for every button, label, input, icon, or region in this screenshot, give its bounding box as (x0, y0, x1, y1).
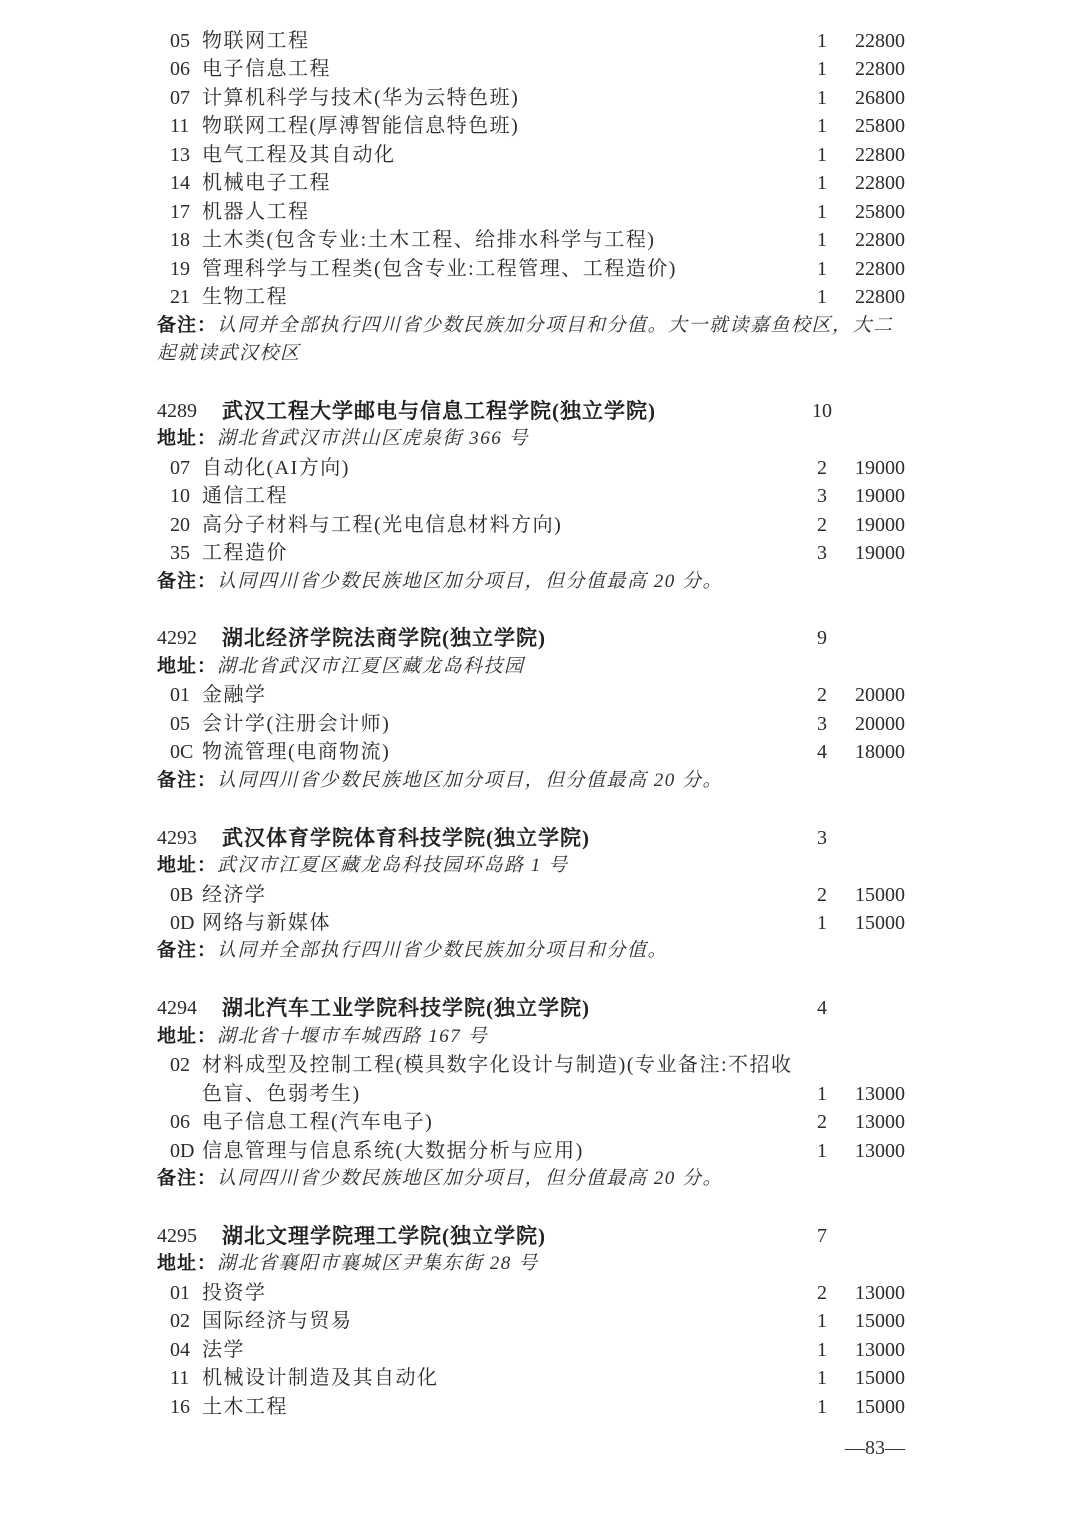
major-code: 01 (170, 681, 202, 709)
school-name: 湖北文理学院理工学院(独立学院) (222, 1222, 801, 1250)
major-name: 网络与新媒体 (202, 912, 331, 934)
major-row: 06电子信息工程(汽车电子) 2 13000 (157, 1108, 905, 1136)
major-code: 06 (170, 1108, 202, 1136)
school-code: 4289 (157, 397, 222, 425)
tuition-fee: 22800 (843, 255, 905, 283)
plan-count: 1 (801, 283, 843, 311)
major-name: 土木类(包含专业:土木工程、给排水科学与工程) (202, 229, 655, 251)
address-row: 地址：湖北省襄阳市襄城区尹集东街 28 号 (157, 1250, 905, 1278)
tuition-fee: 15000 (843, 1393, 905, 1421)
major-code: 10 (170, 482, 202, 510)
plan-count: 1 (801, 27, 843, 55)
remark-label: 备注： (157, 571, 217, 592)
major-name: 材料成型及控制工程(模具数字化设计与制造)(专业备注:不招收色盲、色弱考生) (202, 1054, 793, 1104)
tuition-fee: 15000 (843, 909, 905, 937)
tuition-fee: 19000 (843, 511, 905, 539)
address-row: 地址：湖北省武汉市江夏区藏龙岛科技园 (157, 653, 905, 681)
remark-text: 认同并全部执行四川省少数民族加分项目和分值。 (217, 940, 668, 961)
major-code: 0C (170, 738, 202, 766)
tuition-fee: 19000 (843, 539, 905, 567)
tuition-fee: 22800 (843, 27, 905, 55)
plan-count: 2 (801, 454, 843, 482)
major-name: 机器人工程 (202, 201, 310, 223)
major-code: 04 (170, 1336, 202, 1364)
major-name: 机械电子工程 (202, 172, 331, 194)
major-code: 19 (170, 255, 202, 283)
major-row: 01投资学 2 13000 (157, 1279, 905, 1307)
major-row: 18土木类(包含专业:土木工程、给排水科学与工程) 1 22800 (157, 226, 905, 254)
remark-row: 备注：认同四川省少数民族地区加分项目，但分值最高 20 分。 (157, 767, 905, 795)
page-number: —83— (157, 1434, 905, 1462)
remark-text: 认同四川省少数民族地区加分项目，但分值最高 20 分。 (217, 1168, 723, 1189)
school-code: 4293 (157, 824, 222, 852)
major-row: 07自动化(AI方向) 2 19000 (157, 454, 905, 482)
major-name: 物联网工程(厚溥智能信息特色班) (202, 115, 519, 137)
major-name: 物流管理(电商物流) (202, 741, 390, 763)
remark-text: 认同并全部执行四川省少数民族加分项目和分值。大一就读嘉鱼校区，大二起就读武汉校区 (157, 315, 894, 364)
major-code: 11 (170, 1364, 202, 1392)
major-row: 35工程造价 3 19000 (157, 539, 905, 567)
major-name: 电子信息工程 (202, 58, 331, 80)
major-name: 信息管理与信息系统(大数据分析与应用) (202, 1140, 584, 1162)
school-section: 4293 武汉体育学院体育科技学院(独立学院) 3 地址：武汉市江夏区藏龙岛科技… (157, 824, 905, 966)
address-text: 湖北省武汉市洪山区虎泉街 366 号 (217, 428, 529, 449)
major-row: 21生物工程 1 22800 (157, 283, 905, 311)
remark-text: 认同四川省少数民族地区加分项目，但分值最高 20 分。 (217, 571, 723, 592)
major-code: 02 (170, 1051, 202, 1079)
plan-count: 1 (801, 1364, 843, 1392)
tuition-fee: 25800 (843, 198, 905, 226)
major-code: 06 (170, 55, 202, 83)
plan-count: 1 (801, 1137, 843, 1165)
major-name: 国际经济与贸易 (202, 1310, 353, 1332)
school-plan-total: 7 (801, 1222, 843, 1250)
school-sections: 4289 武汉工程大学邮电与信息工程学院(独立学院) 10 地址：湖北省武汉市洪… (157, 397, 905, 1421)
plan-count: 1 (801, 198, 843, 226)
major-name: 自动化(AI方向) (202, 457, 350, 479)
plan-count: 1 (801, 1336, 843, 1364)
major-row: 01金融学 2 20000 (157, 681, 905, 709)
address-label: 地址： (157, 656, 217, 677)
major-row: 05物联网工程 1 22800 (157, 27, 905, 55)
continued-school-majors: 05物联网工程 1 22800 06电子信息工程 1 22800 07计算机科学… (157, 27, 905, 368)
major-code: 17 (170, 198, 202, 226)
remark-text: 认同四川省少数民族地区加分项目，但分值最高 20 分。 (217, 770, 723, 791)
major-code: 35 (170, 539, 202, 567)
plan-count: 1 (801, 1307, 843, 1335)
address-label: 地址： (157, 1253, 217, 1274)
major-list: 01金融学 2 20000 05会计学(注册会计师) 3 20000 0C物流管… (157, 681, 905, 766)
major-code: 0D (170, 1137, 202, 1165)
major-name: 电气工程及其自动化 (202, 144, 396, 166)
address-label: 地址： (157, 855, 217, 876)
major-code: 05 (170, 27, 202, 55)
major-name: 会计学(注册会计师) (202, 713, 390, 735)
school-header: 4294 湖北汽车工业学院科技学院(独立学院) 4 (157, 994, 905, 1022)
school-header: 4289 武汉工程大学邮电与信息工程学院(独立学院) 10 (157, 397, 905, 425)
remark-label: 备注： (157, 315, 217, 336)
major-name: 投资学 (202, 1282, 267, 1304)
plan-count: 1 (801, 226, 843, 254)
address-text: 湖北省武汉市江夏区藏龙岛科技园 (217, 656, 525, 677)
school-name: 武汉工程大学邮电与信息工程学院(独立学院) (222, 397, 801, 425)
tuition-fee: 13000 (843, 1080, 905, 1108)
tuition-fee: 22800 (843, 169, 905, 197)
address-text: 湖北省十堰市车城西路 167 号 (217, 1026, 488, 1047)
major-name: 工程造价 (202, 542, 288, 564)
major-name: 法学 (202, 1339, 245, 1361)
plan-count: 1 (801, 169, 843, 197)
document-page: 05物联网工程 1 22800 06电子信息工程 1 22800 07计算机科学… (0, 0, 1080, 1527)
major-list: 02材料成型及控制工程(模具数字化设计与制造)(专业备注:不招收色盲、色弱考生)… (157, 1051, 905, 1165)
remark-label: 备注： (157, 1168, 217, 1189)
tuition-fee: 20000 (843, 710, 905, 738)
school-section: 4289 武汉工程大学邮电与信息工程学院(独立学院) 10 地址：湖北省武汉市洪… (157, 397, 905, 596)
school-section: 4292 湖北经济学院法商学院(独立学院) 9 地址：湖北省武汉市江夏区藏龙岛科… (157, 624, 905, 795)
major-code: 13 (170, 141, 202, 169)
address-text: 武汉市江夏区藏龙岛科技园环岛路 1 号 (217, 855, 569, 876)
address-text: 湖北省襄阳市襄城区尹集东街 28 号 (217, 1253, 539, 1274)
plan-count: 2 (801, 881, 843, 909)
plan-count: 1 (801, 84, 843, 112)
school-name: 武汉体育学院体育科技学院(独立学院) (222, 824, 801, 852)
major-list: 07自动化(AI方向) 2 19000 10通信工程 3 19000 20高分子… (157, 454, 905, 568)
remark-label: 备注： (157, 770, 217, 791)
plan-count: 1 (801, 1080, 843, 1108)
major-row: 13电气工程及其自动化 1 22800 (157, 141, 905, 169)
major-row: 14机械电子工程 1 22800 (157, 169, 905, 197)
school-code: 4292 (157, 624, 222, 652)
major-code: 05 (170, 710, 202, 738)
tuition-fee: 15000 (843, 1307, 905, 1335)
school-plan-total: 9 (801, 624, 843, 652)
major-row: 10通信工程 3 19000 (157, 482, 905, 510)
major-name: 物联网工程 (202, 30, 310, 52)
school-code: 4295 (157, 1222, 222, 1250)
plan-count: 2 (801, 681, 843, 709)
major-row: 04法学 1 13000 (157, 1336, 905, 1364)
major-name: 土木工程 (202, 1396, 288, 1418)
plan-count: 2 (801, 511, 843, 539)
major-code: 01 (170, 1279, 202, 1307)
tuition-fee: 13000 (843, 1108, 905, 1136)
tuition-fee: 19000 (843, 454, 905, 482)
major-code: 02 (170, 1307, 202, 1335)
school-header: 4295 湖北文理学院理工学院(独立学院) 7 (157, 1222, 905, 1250)
major-row: 11物联网工程(厚溥智能信息特色班) 1 25800 (157, 112, 905, 140)
school-plan-total: 3 (801, 824, 843, 852)
major-name: 电子信息工程(汽车电子) (202, 1111, 433, 1133)
school-name: 湖北经济学院法商学院(独立学院) (222, 624, 801, 652)
major-code: 20 (170, 511, 202, 539)
school-name: 湖北汽车工业学院科技学院(独立学院) (222, 994, 801, 1022)
major-row: 05会计学(注册会计师) 3 20000 (157, 710, 905, 738)
tuition-fee: 20000 (843, 681, 905, 709)
tuition-fee: 13000 (843, 1336, 905, 1364)
major-row: 17机器人工程 1 25800 (157, 198, 905, 226)
plan-count: 4 (801, 738, 843, 766)
tuition-fee: 15000 (843, 1364, 905, 1392)
tuition-fee: 22800 (843, 141, 905, 169)
major-row: 0D信息管理与信息系统(大数据分析与应用) 1 13000 (157, 1137, 905, 1165)
major-name: 生物工程 (202, 286, 288, 308)
major-code: 07 (170, 84, 202, 112)
major-code: 07 (170, 454, 202, 482)
school-header: 4293 武汉体育学院体育科技学院(独立学院) 3 (157, 824, 905, 852)
plan-count: 1 (801, 1393, 843, 1421)
plan-count: 1 (801, 141, 843, 169)
major-name: 经济学 (202, 884, 267, 906)
major-name: 通信工程 (202, 485, 288, 507)
school-header: 4292 湖北经济学院法商学院(独立学院) 9 (157, 624, 905, 652)
major-row: 0D网络与新媒体 1 15000 (157, 909, 905, 937)
plan-count: 3 (801, 539, 843, 567)
major-row: 19管理科学与工程类(包含专业:工程管理、工程造价) 1 22800 (157, 255, 905, 283)
major-name: 金融学 (202, 684, 267, 706)
plan-count: 1 (801, 112, 843, 140)
plan-count: 3 (801, 710, 843, 738)
tuition-fee: 25800 (843, 112, 905, 140)
plan-count: 1 (801, 55, 843, 83)
school-plan-total: 4 (801, 994, 843, 1022)
address-label: 地址： (157, 428, 217, 449)
tuition-fee: 13000 (843, 1279, 905, 1307)
major-code: 18 (170, 226, 202, 254)
remark-row: 备注：认同并全部执行四川省少数民族加分项目和分值。 (157, 937, 905, 965)
tuition-fee: 26800 (843, 84, 905, 112)
major-row: 06电子信息工程 1 22800 (157, 55, 905, 83)
school-section: 4294 湖北汽车工业学院科技学院(独立学院) 4 地址：湖北省十堰市车城西路 … (157, 994, 905, 1193)
tuition-fee: 15000 (843, 881, 905, 909)
major-name: 计算机科学与技术(华为云特色班) (202, 87, 519, 109)
major-row: 07计算机科学与技术(华为云特色班) 1 26800 (157, 84, 905, 112)
school-section: 4295 湖北文理学院理工学院(独立学院) 7 地址：湖北省襄阳市襄城区尹集东街… (157, 1222, 905, 1421)
address-row: 地址：湖北省十堰市车城西路 167 号 (157, 1023, 905, 1051)
remark-row: 备注：认同四川省少数民族地区加分项目，但分值最高 20 分。 (157, 1165, 905, 1193)
tuition-fee: 13000 (843, 1137, 905, 1165)
tuition-fee: 22800 (843, 55, 905, 83)
tuition-fee: 19000 (843, 482, 905, 510)
major-row: 16土木工程 1 15000 (157, 1393, 905, 1421)
major-code: 0D (170, 909, 202, 937)
school-code: 4294 (157, 994, 222, 1022)
major-row: 0C物流管理(电商物流) 4 18000 (157, 738, 905, 766)
remark-row: 备注：认同四川省少数民族地区加分项目，但分值最高 20 分。 (157, 568, 905, 596)
school-plan-total: 10 (801, 397, 843, 425)
major-code: 16 (170, 1393, 202, 1421)
plan-count: 3 (801, 482, 843, 510)
major-name: 管理科学与工程类(包含专业:工程管理、工程造价) (202, 258, 677, 280)
plan-count: 2 (801, 1279, 843, 1307)
major-row: 11机械设计制造及其自动化 1 15000 (157, 1364, 905, 1392)
major-row: 0B经济学 2 15000 (157, 881, 905, 909)
major-row: 20高分子材料与工程(光电信息材料方向) 2 19000 (157, 511, 905, 539)
major-code: 0B (170, 881, 202, 909)
plan-count: 1 (801, 255, 843, 283)
major-list: 0B经济学 2 15000 0D网络与新媒体 1 15000 (157, 881, 905, 938)
major-row: 02国际经济与贸易 1 15000 (157, 1307, 905, 1335)
remark-label: 备注： (157, 940, 217, 961)
major-list: 01投资学 2 13000 02国际经济与贸易 1 15000 04法学 1 1… (157, 1279, 905, 1421)
address-row: 地址：湖北省武汉市洪山区虎泉街 366 号 (157, 425, 905, 453)
plan-count: 1 (801, 909, 843, 937)
remark-row: 备注：认同并全部执行四川省少数民族加分项目和分值。大一就读嘉鱼校区，大二起就读武… (157, 312, 905, 369)
plan-count: 2 (801, 1108, 843, 1136)
address-row: 地址：武汉市江夏区藏龙岛科技园环岛路 1 号 (157, 852, 905, 880)
tuition-fee: 22800 (843, 226, 905, 254)
major-code: 14 (170, 169, 202, 197)
major-row: 02材料成型及控制工程(模具数字化设计与制造)(专业备注:不招收色盲、色弱考生)… (157, 1051, 905, 1108)
tuition-fee: 22800 (843, 283, 905, 311)
major-code: 11 (170, 112, 202, 140)
tuition-fee: 18000 (843, 738, 905, 766)
address-label: 地址： (157, 1026, 217, 1047)
major-name: 机械设计制造及其自动化 (202, 1367, 439, 1389)
major-code: 21 (170, 283, 202, 311)
major-name: 高分子材料与工程(光电信息材料方向) (202, 514, 562, 536)
